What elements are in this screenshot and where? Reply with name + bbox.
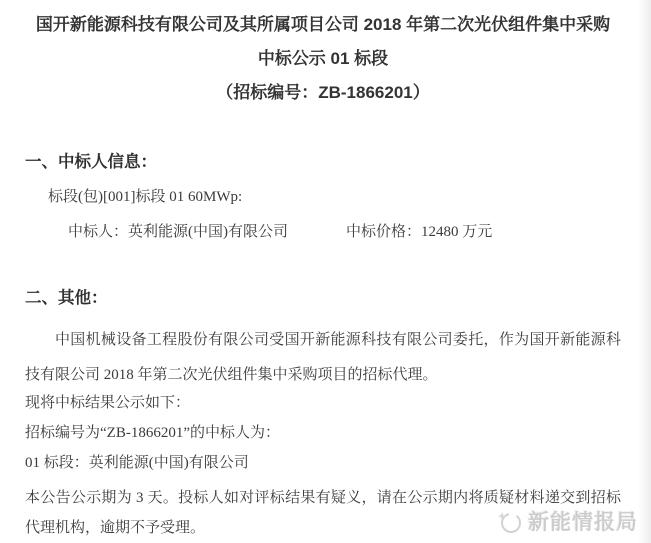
title-line-3: （招标编号：ZB-1866201） xyxy=(25,76,621,110)
title-line-2: 中标公示 01 标段 xyxy=(25,42,621,76)
other-heading: 二、其他： xyxy=(25,288,621,308)
winner-row: 中标人：英利能源(中国)有限公司 中标价格：12480 万元 xyxy=(25,222,621,242)
announcement-document: 国开新能源科技有限公司及其所属项目公司 2018 年第二次光伏组件集中采购 中标… xyxy=(0,0,651,543)
winner-info-heading: 一、中标人信息： xyxy=(25,152,621,172)
agency-paragraph: 中国机械设备工程股份有限公司受国开新能源科技有限公司委托，作为国开新能源科技有限… xyxy=(25,323,621,393)
tender-no-line: 招标编号为“ZB-1866201”的中标人为： xyxy=(25,423,621,443)
lot-result-line: 01 标段：英利能源(中国)有限公司 xyxy=(25,453,621,473)
lot-line: 标段(包)[001]标段 01 60MWp: xyxy=(25,187,621,207)
document-title: 国开新能源科技有限公司及其所属项目公司 2018 年第二次光伏组件集中采购 中标… xyxy=(25,8,621,110)
winner-name: 中标人：英利能源(中国)有限公司 xyxy=(68,222,288,242)
title-line-1: 国开新能源科技有限公司及其所属项目公司 2018 年第二次光伏组件集中采购 xyxy=(25,8,621,42)
winner-price: 中标价格：12480 万元 xyxy=(346,222,492,242)
notice-paragraph: 本公告公示期为 3 天。投标人如对评标结果有疑义，请在公示期内将质疑材料递交到招… xyxy=(25,483,621,543)
announce-line: 现将中标结果公示如下： xyxy=(25,393,621,413)
